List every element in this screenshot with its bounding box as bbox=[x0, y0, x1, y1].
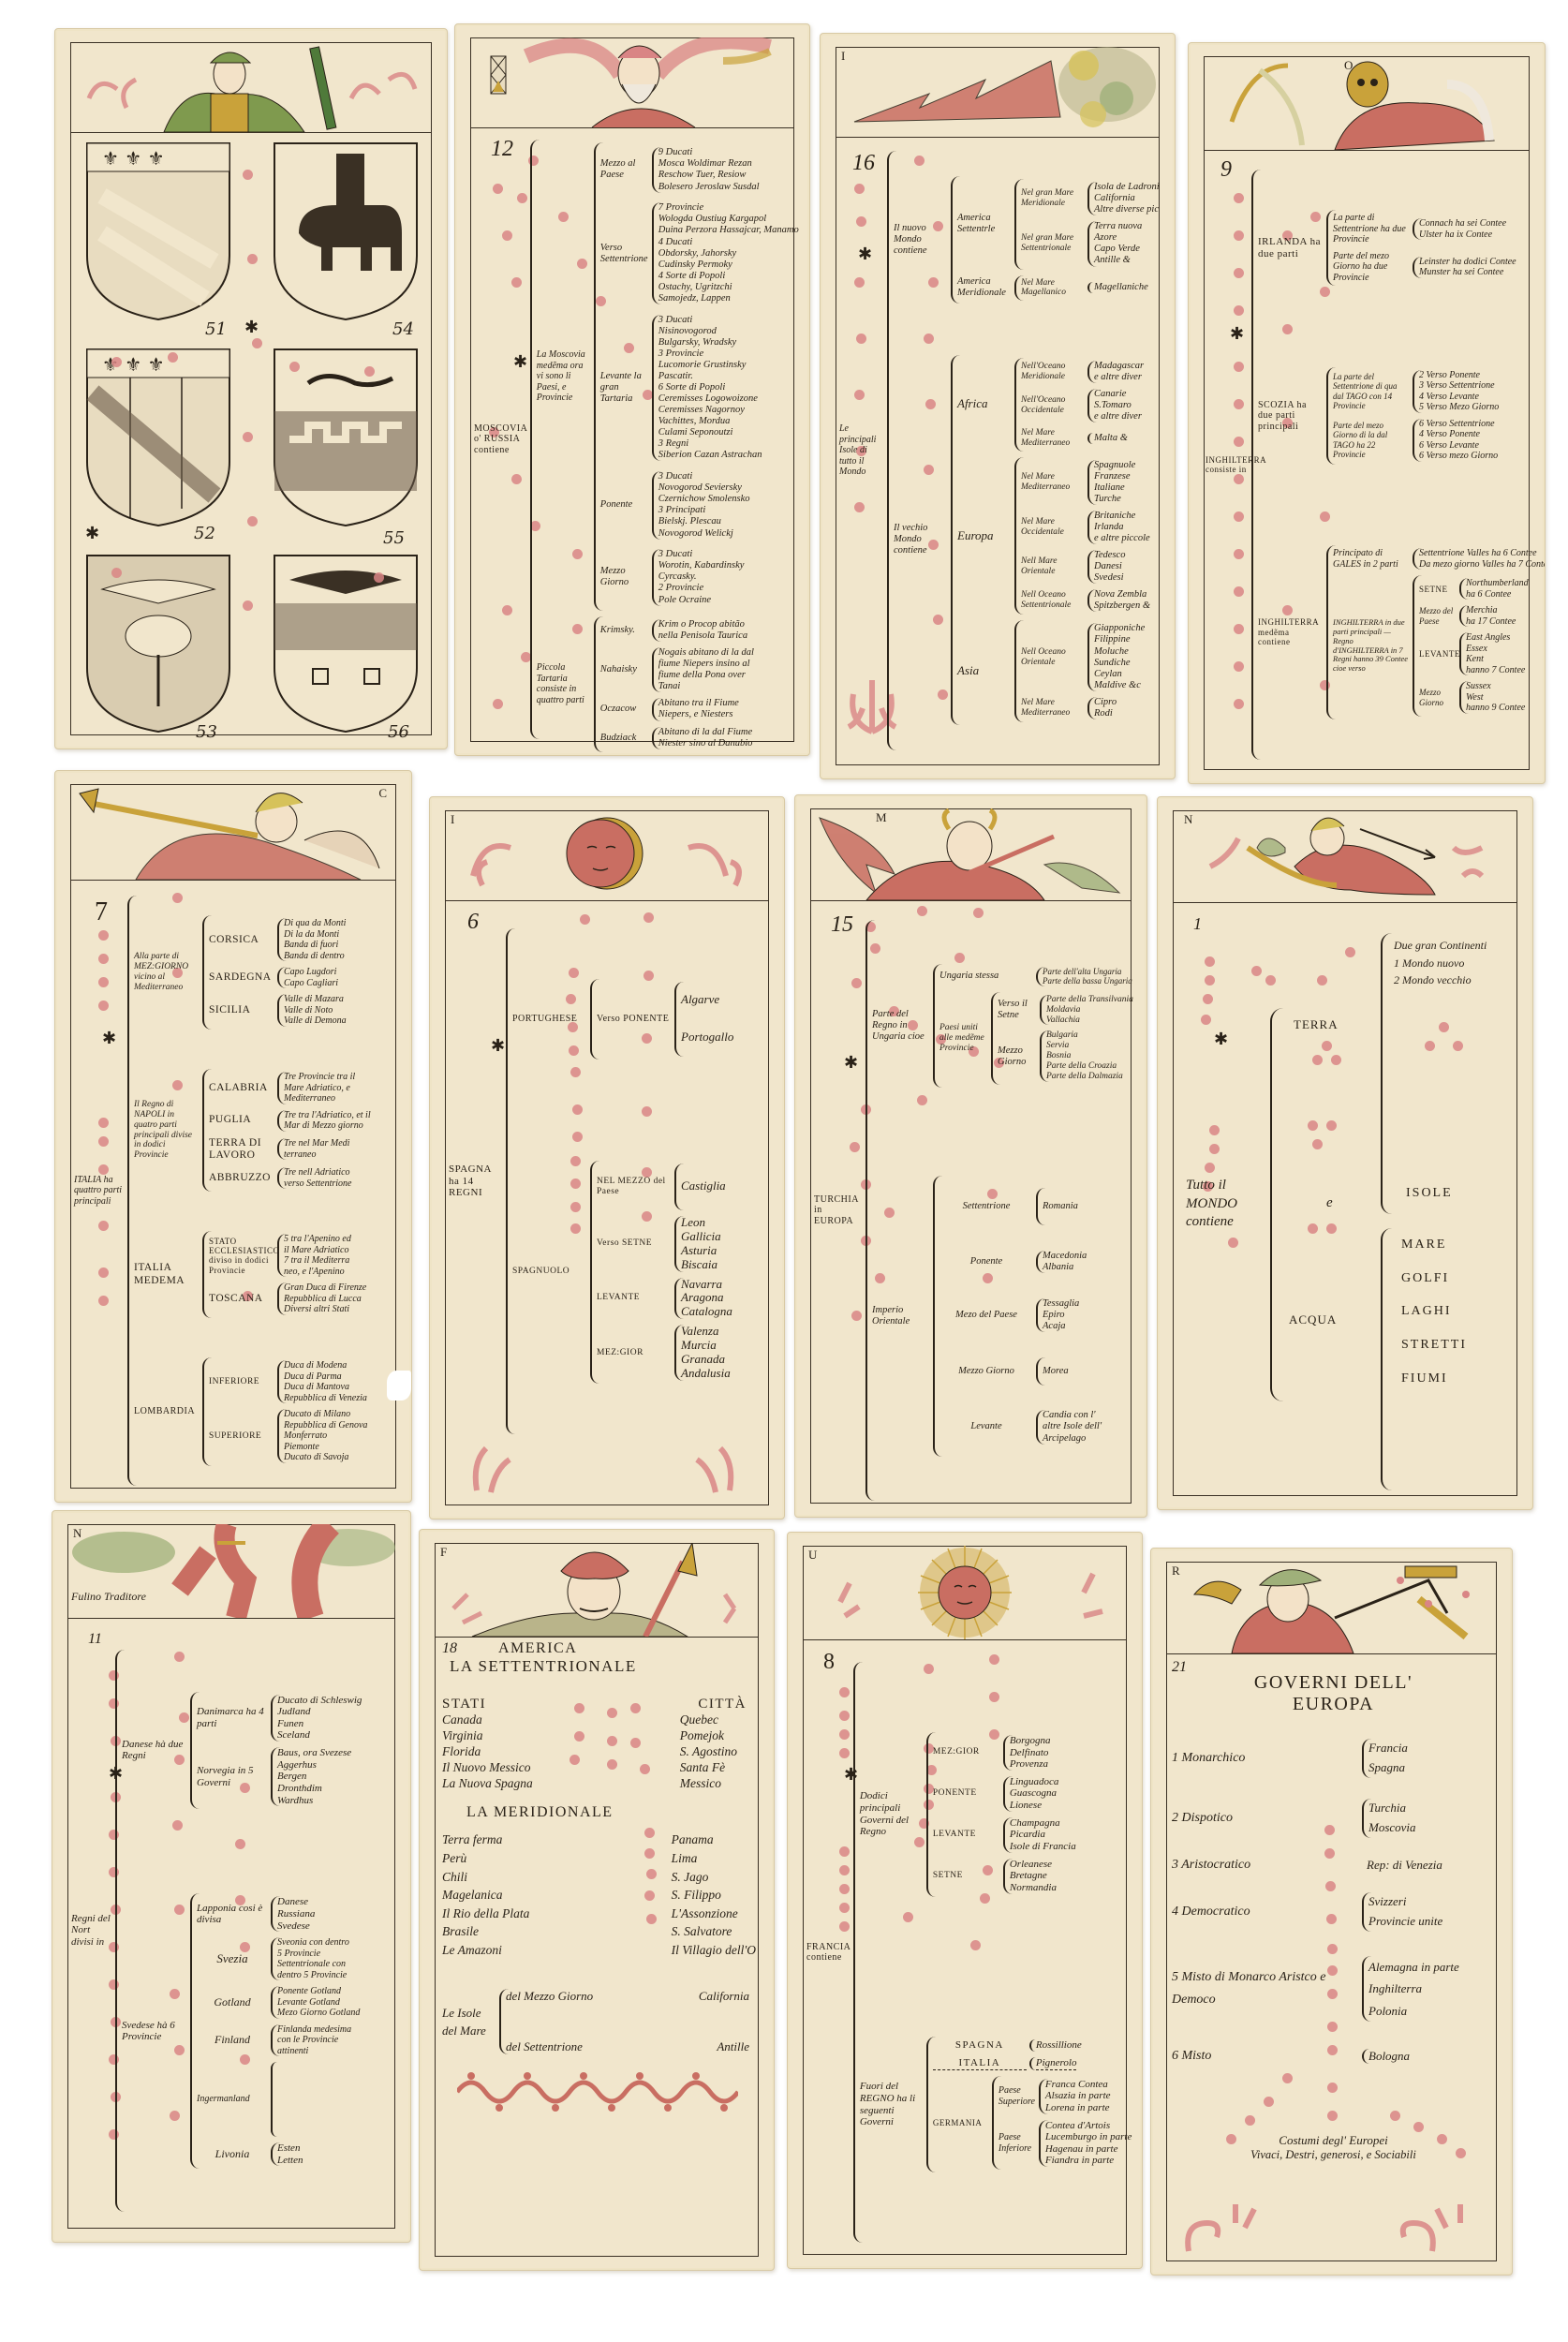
column-header-citta: CITTÀ bbox=[698, 1697, 747, 1712]
card-moscovia: 12 ✱ MOSCOVIA o' RUSSIA contiene La Mosc… bbox=[454, 23, 810, 756]
turbaned-man-spear-icon bbox=[435, 1543, 759, 1637]
card-isole: I 16 ✱ Le principali Isole di tutto il M… bbox=[820, 33, 1176, 779]
tree-root: ITALIA ha quattro parti principali bbox=[74, 1175, 125, 1208]
branch-vecchio-mondo: Il vechio Mondo contiene Africa Nell'Oce… bbox=[894, 355, 1160, 725]
card-header-illustration: R bbox=[1166, 1562, 1497, 1654]
citta-meridionali-list: PanamaLimaS. JagoS. FilippoL'AssonzioneS… bbox=[672, 1831, 756, 1959]
card-heraldry: ⚜ ⚜ ⚜ 51 54 ✱ ⚜ ⚜ ⚜ 52 55 ✱ bbox=[54, 28, 448, 749]
card-america: F 18 AMERICA LA SETTENTRIONALE STATI CIT… bbox=[419, 1529, 775, 2271]
root-brace bbox=[1270, 1008, 1283, 1401]
shield-52-icon: ⚜ ⚜ ⚜ bbox=[83, 346, 233, 528]
francia-tree: FRANCIA contiene Dodici principali Gover… bbox=[806, 1653, 1130, 2252]
card-corner-letter: N bbox=[73, 1526, 81, 1541]
branch-piccola-tartaria: Piccola Tartaria consiste in quattro par… bbox=[537, 616, 799, 752]
card-corner-letter: N bbox=[1184, 812, 1192, 827]
card-governi: R 21 GOVERNI DELL' EUROPA 1 MonarchicoFr… bbox=[1150, 1548, 1513, 2275]
government-row: 1 MonarchicoFranciaSpagna bbox=[1172, 1728, 1495, 1788]
turchia-tree: TURCHIA in EUROPA Parte del Regno in Ung… bbox=[814, 915, 1137, 1505]
card-header-illustration: M bbox=[810, 808, 1132, 901]
tree-root: SPAGNA ha 14 REGNI bbox=[449, 1164, 503, 1199]
italia-tree: ITALIA ha quattro parti principali Alla … bbox=[74, 891, 402, 1490]
father-time-hourglass-icon bbox=[470, 37, 794, 127]
angel-trumpet-icon bbox=[70, 784, 396, 880]
card-corner-letter: F bbox=[440, 1545, 447, 1560]
moscovia-tree: MOSCOVIA o' RUSSIA contiene La Moscovia … bbox=[474, 135, 797, 744]
card-header-illustration: U bbox=[803, 1546, 1127, 1640]
card-corner-letter: C bbox=[378, 786, 387, 801]
spagna-tree: SPAGNA ha 14 REGNI PORTUGHESE Verso PONE… bbox=[449, 919, 772, 1444]
terra-brace bbox=[1381, 933, 1392, 1214]
shield-number-51: 51 bbox=[205, 319, 227, 339]
tree-root: MOSCOVIA o' RUSSIA contiene bbox=[474, 423, 527, 456]
traitor-caption: Fulino Traditore bbox=[71, 1590, 146, 1604]
wavy-border-ornament-icon bbox=[457, 2068, 738, 2115]
title-settentrionale: LA SETTENTRIONALE bbox=[450, 1657, 756, 1676]
sub-mezzo-al-paese: Mezzo al Paese9 DucatiMosca Woldimar Rez… bbox=[600, 147, 799, 192]
tree-root: Le principali Isole di tutto il Mondo bbox=[839, 423, 884, 478]
acqua-brace bbox=[1381, 1228, 1392, 1490]
government-row: 6 MistoBologna bbox=[1172, 2036, 1495, 2077]
america-content: 18 AMERICA LA SETTENTRIONALE STATI CITTÀ… bbox=[442, 1640, 756, 2054]
citta-list: QuebecPomejokS. AgostinoSanta FèMessico bbox=[680, 1712, 737, 1791]
title-america: AMERICA bbox=[498, 1640, 577, 1657]
title-europa: EUROPA bbox=[1172, 1694, 1495, 1715]
tree-root: FRANCIA contiene bbox=[806, 1942, 851, 1964]
card-header-illustration bbox=[70, 42, 432, 133]
card-francia: U 8 ✱ FRANCIA contiene Dodici principali… bbox=[787, 1532, 1143, 2269]
title-governi: GOVERNI DELL' bbox=[1172, 1672, 1495, 1694]
card-corner-letter: I bbox=[841, 49, 845, 64]
star-icon: ✱ bbox=[85, 524, 99, 543]
card-turchia: M 15 ✱ TURCHIA in EUROPA Parte del Regno… bbox=[794, 794, 1147, 1518]
tree-root: TURCHIA in EUROPA bbox=[814, 1194, 863, 1227]
card-header-illustration: N Fulino Traditore bbox=[67, 1524, 395, 1619]
radiant-sun-face-icon bbox=[803, 1546, 1127, 1639]
card-header-illustration: O bbox=[1204, 56, 1530, 151]
column-header-stati: STATI bbox=[442, 1697, 486, 1712]
tree-root: INGHILTERRA consiste in bbox=[1206, 455, 1249, 475]
card-mondo: N 1 ✱ Tutto il MONDO contiene TERRA e AC… bbox=[1157, 796, 1533, 1510]
terra-items: Due gran Continenti 1 Mondo nuovo 2 Mond… bbox=[1394, 937, 1487, 989]
costumi-text: Vivaci, Destri, generosi, e Sociabili bbox=[1172, 2148, 1495, 2162]
shield-51-icon: ⚜ ⚜ ⚜ bbox=[83, 140, 233, 322]
card-corner-letter: R bbox=[1172, 1564, 1180, 1579]
card-header-illustration: N bbox=[1173, 810, 1517, 903]
cupid-bow-arrow-icon bbox=[1173, 810, 1517, 902]
card-corner-letter: I bbox=[451, 812, 454, 827]
shield-number-53: 53 bbox=[196, 722, 217, 742]
branch-terra: TERRA bbox=[1294, 1017, 1339, 1032]
branch-moscovia-medema: La Moscovia medẽma ora vi sono li Paesi,… bbox=[537, 142, 799, 611]
star-icon: ✱ bbox=[244, 318, 259, 337]
card-italia: C 7 ✱ ITALIA ha quattro parti principali… bbox=[54, 770, 412, 1503]
shield-55-icon bbox=[271, 346, 421, 528]
sub-verso-settentrione: Verso Settentrione7 ProvincieWologda Ous… bbox=[600, 202, 799, 304]
stati-meridionali-list: Terra fermaPerùChiliMagelanicaIl Rio del… bbox=[442, 1831, 529, 1959]
lightning-cloud-icon bbox=[836, 47, 1160, 137]
card-corner-letter: M bbox=[876, 810, 887, 825]
isole-tree: Le principali Isole di tutto il Mondo Il… bbox=[839, 146, 1162, 755]
shield-56-icon bbox=[271, 552, 421, 734]
shield-number-55: 55 bbox=[383, 528, 405, 548]
card-corner-letter: O bbox=[1344, 58, 1353, 73]
card-corner-letter: U bbox=[808, 1548, 817, 1563]
shield-number-56: 56 bbox=[388, 722, 409, 742]
card-header-illustration: C bbox=[70, 784, 396, 881]
sub-ponente: Ponente3 DucatiNovogorod SevierskyCzerni… bbox=[600, 471, 799, 539]
tree-branches: La Moscovia medẽma ora vi sono li Paesi,… bbox=[530, 140, 799, 739]
mondo-tree: Tutto il MONDO contiene TERRA e ACQUA Du… bbox=[1176, 914, 1523, 1495]
acqua-items: MARE GOLFI LAGHI STRETTI FIUMI bbox=[1401, 1228, 1467, 1395]
hanged-traitor-tree-icon bbox=[67, 1524, 395, 1618]
branch-nuovo-mondo: Il nuovo Mondo contiene America Settentr… bbox=[894, 176, 1160, 304]
crescent-moon-face-icon bbox=[445, 810, 769, 900]
stati-list: CanadaVirginiaFloridaIl Nuovo MessicoLa … bbox=[442, 1712, 533, 1791]
scroll-ornament-icon bbox=[1179, 2195, 1488, 2260]
card-header-illustration bbox=[470, 37, 794, 128]
torn-edge-hole bbox=[387, 1371, 411, 1401]
title-meridionale: LA MERIDIONALE bbox=[466, 1804, 756, 1821]
card-inghilterra: O 9 ✱ INGHILTERRA consiste in IRLANDA ha… bbox=[1188, 42, 1546, 784]
jester-with-flag-icon bbox=[1166, 1562, 1497, 1653]
skeleton-scythe-icon bbox=[1204, 56, 1530, 150]
nord-tree: Regni del Nort divisi in Danese hà due R… bbox=[71, 1633, 399, 2228]
inghilterra-tree: INGHILTERRA consiste in IRLANDA ha due p… bbox=[1206, 165, 1533, 764]
card-number: 18 bbox=[442, 1640, 498, 1657]
shield-54-icon bbox=[271, 140, 421, 322]
card-spagna: I 6 ✱ SPAGNA ha 14 REGNI PORTUGHESE Vers… bbox=[429, 796, 785, 1519]
card-header-illustration: I bbox=[836, 47, 1160, 138]
man-with-staff-icon bbox=[70, 42, 432, 132]
government-row: 2 DispoticoTurchiaMoscovia bbox=[1172, 1788, 1495, 1848]
sub-mezzo-giorno: Mezzo Giorno3 DucatiWorotin, Kabardinsky… bbox=[600, 549, 799, 605]
card-header-illustration: I bbox=[445, 810, 769, 901]
tree-root: Regni del Nort divisi in bbox=[71, 1913, 112, 1949]
card-nord: N Fulino Traditore 11 ✱ Regni del Nort d… bbox=[52, 1510, 411, 2243]
shield-number-52: 52 bbox=[194, 524, 215, 543]
fleur-ornament-icon bbox=[458, 1434, 756, 1500]
isole-section: Le Isole del Mare del Mezzo GiornoCalifo… bbox=[442, 1989, 756, 2054]
shield-number-54: 54 bbox=[392, 319, 414, 339]
government-row: 4 DemocraticoSvizzeriProvincie unite bbox=[1172, 1882, 1495, 1942]
card-header-illustration: F bbox=[435, 1543, 759, 1638]
winged-devil-icon bbox=[810, 808, 1132, 900]
connector-e: e bbox=[1326, 1195, 1333, 1211]
sub-levante-tartaria: Levante la gran Tartaria3 DucatiNisinovo… bbox=[600, 315, 799, 462]
tree-root: Tutto il MONDO contiene bbox=[1186, 1177, 1261, 1232]
svg-text:⚜ ⚜ ⚜: ⚜ ⚜ ⚜ bbox=[102, 147, 165, 170]
branch-acqua: ACQUA bbox=[1289, 1312, 1337, 1327]
shield-53-icon bbox=[83, 552, 233, 734]
